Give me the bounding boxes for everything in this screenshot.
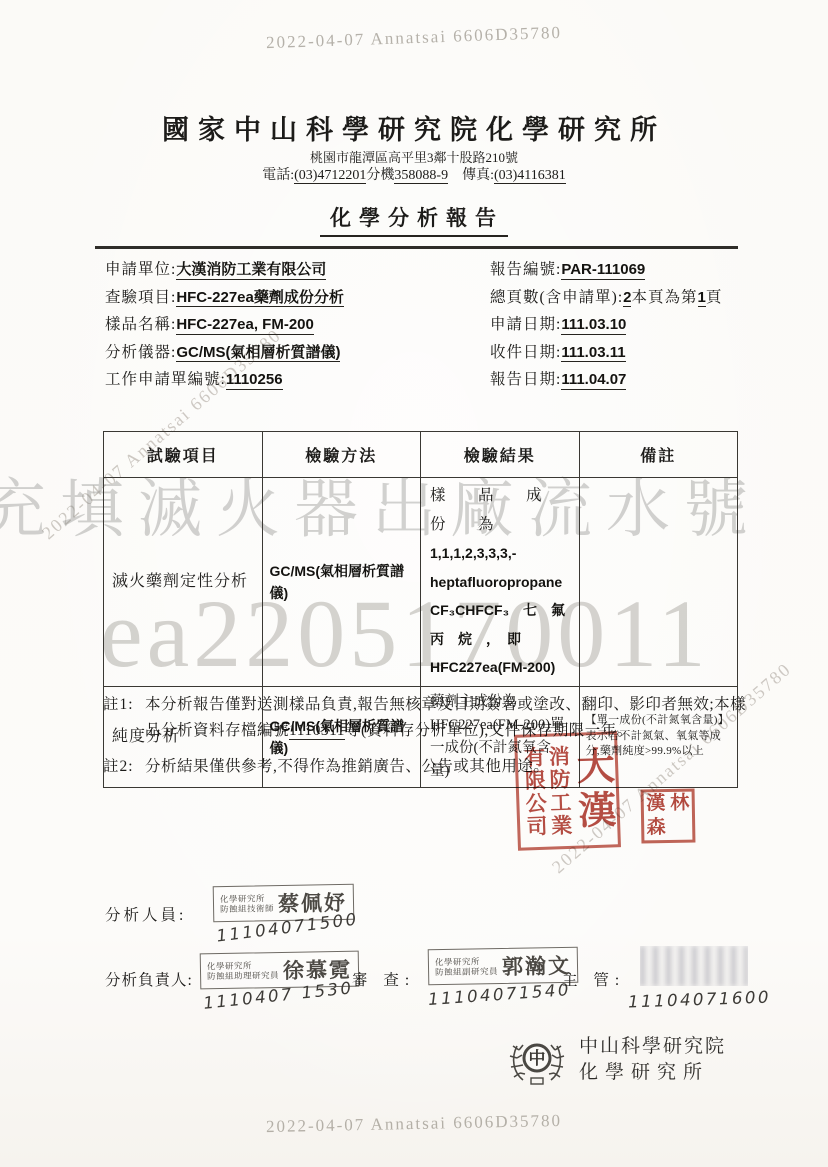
reviewer-name: 郭瀚文: [502, 950, 572, 981]
note-1: 註1: 本分析報告僅對送測樣品負責,報告無核章及日期簽署或塗改、翻印、影印者無效…: [103, 692, 748, 743]
watermark-bottom: 2022-04-07 Annatsai 6606D35780: [0, 1105, 828, 1142]
field-applicant-value: 大漢消防工業有限公司: [176, 261, 326, 280]
field-sample-name-value: HFC-227ea, FM-200: [176, 316, 314, 335]
field-receive-date: 收件日期:111.03.11: [490, 340, 722, 368]
col-header-result: 檢驗結果: [421, 432, 580, 478]
supervisor-datetime-handwriting: 11104071600: [628, 988, 772, 1012]
archive-file-number: 1110311: [289, 722, 345, 740]
table-header-row: 試驗項目 檢驗方法 檢驗結果 備註: [104, 432, 738, 478]
field-work-order-value: 1110256: [226, 371, 283, 390]
info-left-column: 申請單位:大漢消防工業有限公司 查驗項目:HFC-227ea藥劑成份分析 樣品名…: [105, 257, 344, 395]
institute-title: 國家中山科學研究院化學研究所: [0, 108, 828, 147]
field-work-order: 工作申請單編號:1110256: [105, 367, 344, 395]
field-receive-date-value: 111.03.11: [561, 344, 625, 363]
svg-text:中: 中: [529, 1048, 546, 1068]
info-right-column: 報告編號:PAR-111069 總頁數(含申請單):2本頁為第1頁 申請日期:1…: [490, 257, 722, 395]
note-1-text: 本分析報告僅對送測樣品負責,報告無核章及日期簽署或塗改、翻印、影印者無效;本樣品…: [145, 692, 748, 743]
table-row-qualitative: 滅火藥劑定性分析 GC/MS(氣相層析質譜儀) 樣 品 成 份 為 1,1,1,…: [104, 478, 738, 687]
field-applicant: 申請單位:大漢消防工業有限公司: [105, 257, 344, 285]
field-report-date: 報告日期:111.04.07: [490, 367, 722, 395]
watermark-top: 2022-04-07 Annatsai 6606D35780: [0, 14, 828, 63]
supervisor-stamp-faint: [640, 946, 748, 986]
footer-org-line2: 化學研究所: [579, 1060, 726, 1086]
fax-label: 傳真:: [462, 168, 494, 183]
field-test-item: 查驗項目:HFC-227ea藥劑成份分析: [105, 285, 344, 313]
institute-emblem-icon: 中: [505, 1028, 569, 1092]
field-report-no-value: PAR-111069: [561, 261, 645, 280]
field-instrument-value: GC/MS(氣相層析質譜儀): [176, 344, 340, 363]
phone-number: (03)4712201: [294, 168, 366, 184]
field-sample-name: 樣品名稱:HFC-227ea, FM-200: [105, 312, 344, 340]
col-header-remark: 備註: [579, 432, 738, 478]
field-instrument: 分析儀器:GC/MS(氣相層析質譜儀): [105, 340, 344, 368]
footnotes: 註1: 本分析報告僅對送測樣品負責,報告無核章及日期簽署或塗改、翻印、影印者無效…: [103, 692, 748, 791]
fax-number: (03)4116381: [494, 168, 566, 184]
horizontal-rule: [95, 246, 738, 249]
current-page-value: 1: [698, 289, 706, 308]
ext-number: 358088-9: [394, 168, 448, 184]
phone-label: 電話:: [262, 168, 294, 183]
reviewer-label: 審 查:: [352, 968, 415, 990]
field-report-date-value: 111.04.07: [561, 371, 626, 390]
col-header-method: 檢驗方法: [262, 432, 421, 478]
analyst-label: 分析人員:: [105, 903, 186, 925]
field-apply-date-value: 111.03.10: [561, 316, 626, 335]
qualitative-method: GC/MS(氣相層析質譜儀): [262, 478, 421, 687]
lead-analyst-label: 分析負責人:: [105, 968, 193, 990]
qualitative-remark: [579, 478, 738, 687]
personal-seal: 漢 林 森: [641, 789, 696, 844]
contact-line: 電話:(03)4712201分機358088-9 傳真:(03)4116381: [0, 164, 828, 184]
field-test-item-value: HFC-227ea藥劑成份分析: [176, 289, 344, 308]
note-2-text: 分析結果僅供參考,不得作為推銷廣告、公告或其他用途。: [145, 754, 748, 780]
note-2: 註2: 分析結果僅供參考,不得作為推銷廣告、公告或其他用途。: [103, 754, 748, 780]
report-title: 化學分析報告: [320, 202, 508, 237]
company-seal: 有限公司 消防工業 大漢: [514, 731, 621, 851]
footer-org-line1: 中山科學研究院: [579, 1034, 726, 1060]
col-header-test-item: 試驗項目: [104, 432, 263, 478]
qualitative-result: 樣 品 成 份 為 1,1,1,2,3,3,3,-heptafluoroprop…: [421, 478, 580, 687]
reviewer-stamp: 化學研究所 防蝕組副研究員 郭瀚文: [428, 947, 579, 986]
field-apply-date: 申請日期:111.03.10: [490, 312, 722, 340]
qualitative-item: 滅火藥劑定性分析: [104, 478, 263, 687]
footer-logo: 中 中山科學研究院 化學研究所: [505, 1028, 726, 1092]
field-report-no: 報告編號:PAR-111069: [490, 257, 722, 285]
supervisor-label: 主 管:: [562, 968, 625, 990]
ext-label: 分機: [366, 168, 394, 183]
field-total-pages: 總頁數(含申請單):2本頁為第1頁: [490, 285, 722, 313]
scanned-report-page: 2022-04-07 Annatsai 6606D35780 2022-04-0…: [0, 0, 828, 1167]
